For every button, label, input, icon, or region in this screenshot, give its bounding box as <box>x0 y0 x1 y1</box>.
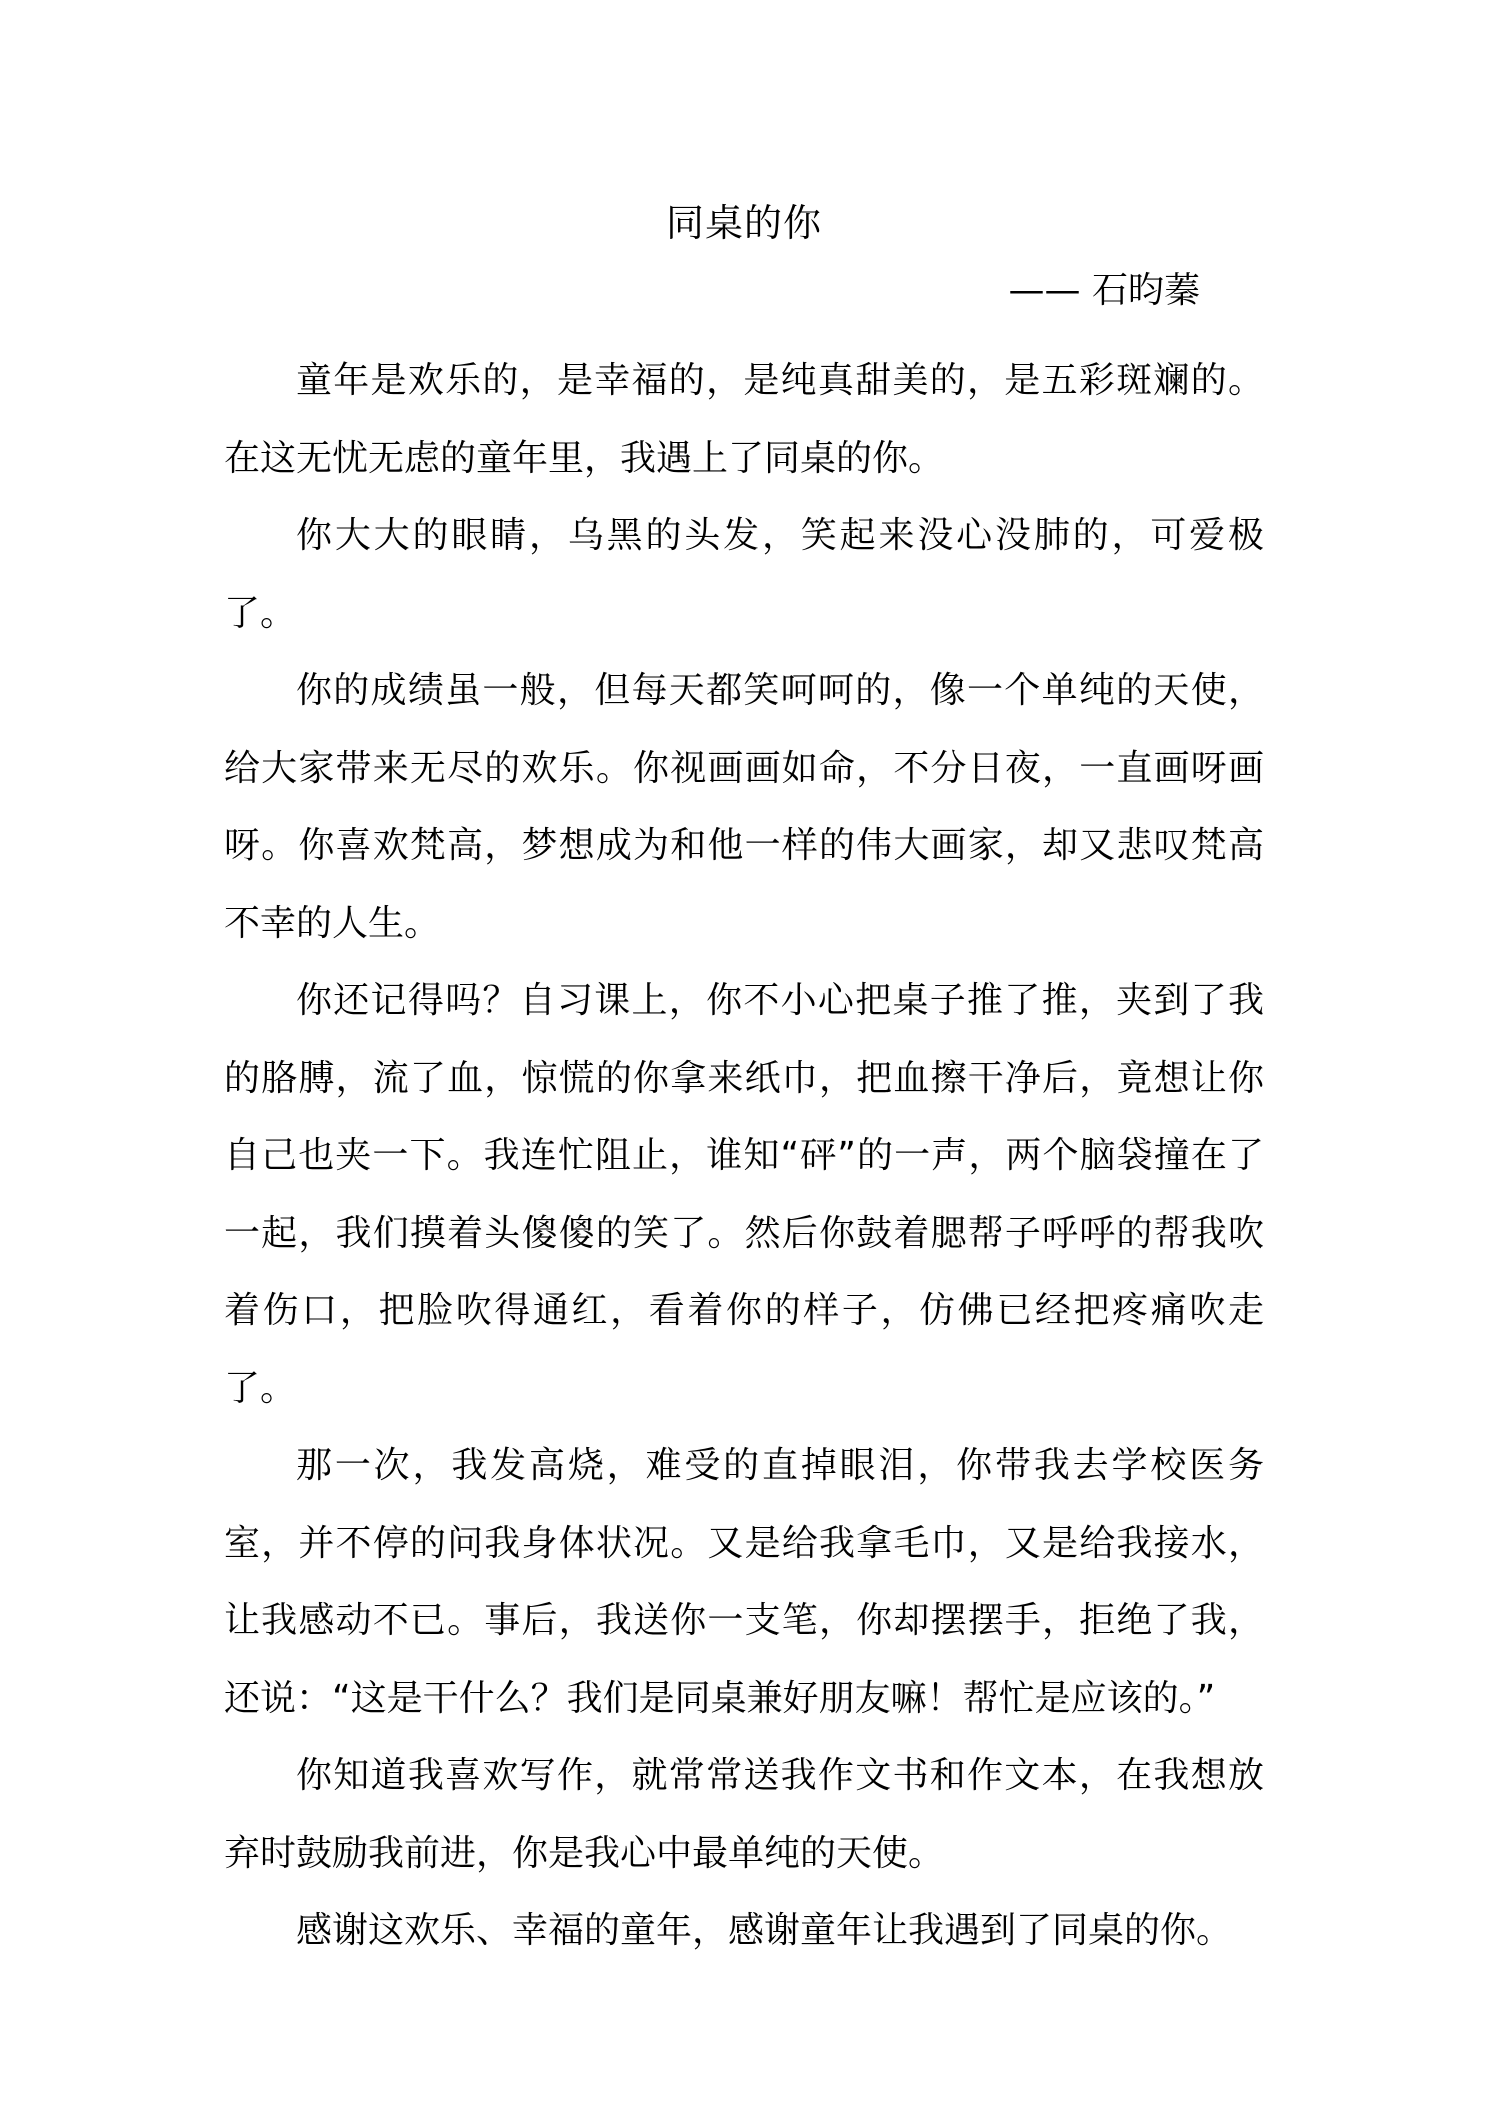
paragraph: 你知道我喜欢写作，就常常送我作文书和作文本，在我想放弃时鼓励我前进，你是我心中最… <box>224 1737 1264 1892</box>
paragraph: 你大大的眼睛，乌黑的头发，笑起来没心没肺的，可爱极了。 <box>224 497 1264 652</box>
paragraph: 你的成绩虽一般，但每天都笑呵呵的，像一个单纯的天使，给大家带来无尽的欢乐。你视画… <box>224 652 1264 962</box>
paragraph: 童年是欢乐的，是幸福的，是纯真甜美的，是五彩斑斓的。在这无忧无虑的童年里，我遇上… <box>224 342 1264 497</box>
paragraph: 你还记得吗？自习课上，你不小心把桌子推了推，夹到了我的胳膊，流了血，惊慌的你拿来… <box>224 962 1264 1427</box>
essay-title: 同桌的你 <box>224 0 1264 246</box>
paragraph: 感谢这欢乐、幸福的童年，感谢童年让我遇到了同桌的你。 <box>224 1892 1264 1970</box>
author-line: —— 石昀蓁 <box>224 268 1200 314</box>
document-page: 同桌的你 —— 石昀蓁 童年是欢乐的，是幸福的，是纯真甜美的，是五彩斑斓的。在这… <box>0 0 1488 2104</box>
document-content: 同桌的你 —— 石昀蓁 童年是欢乐的，是幸福的，是纯真甜美的，是五彩斑斓的。在这… <box>0 0 1488 2104</box>
essay-body: 童年是欢乐的，是幸福的，是纯真甜美的，是五彩斑斓的。在这无忧无虑的童年里，我遇上… <box>224 342 1264 1970</box>
paragraph: 那一次，我发高烧，难受的直掉眼泪，你带我去学校医务室，并不停的问我身体状况。又是… <box>224 1427 1264 1737</box>
